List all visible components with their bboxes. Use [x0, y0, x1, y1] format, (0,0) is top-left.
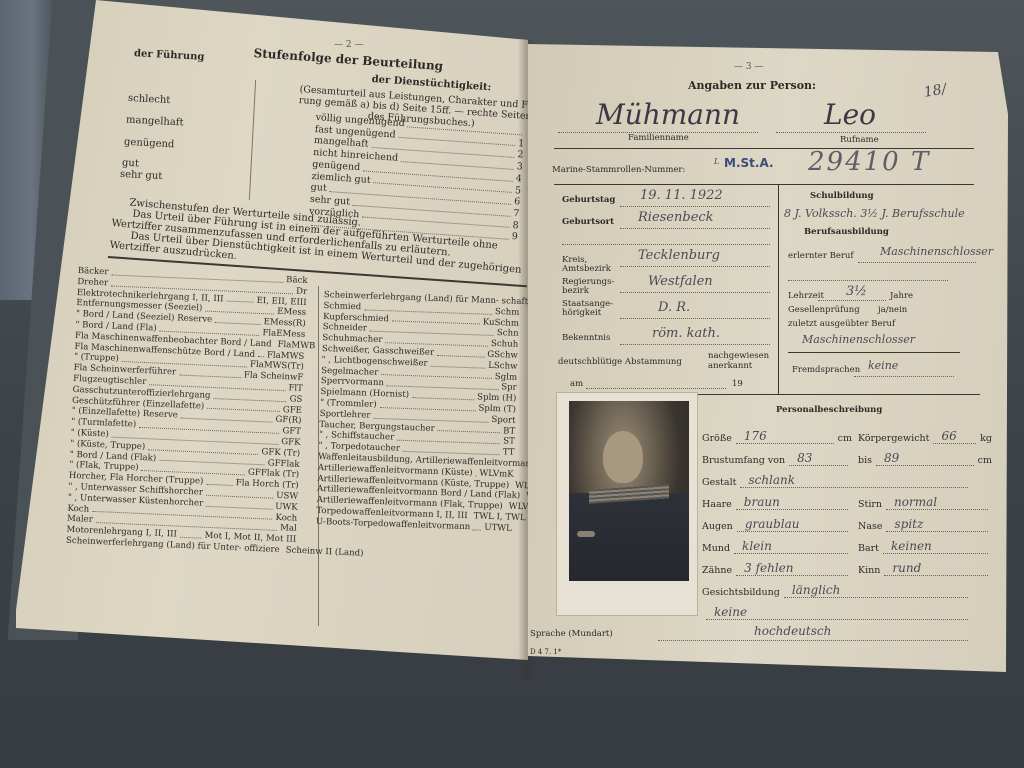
- dot-leader: [258, 350, 264, 358]
- dot-leader: [476, 468, 477, 476]
- dot-leader: [473, 522, 481, 530]
- field-value: 83: [789, 451, 848, 466]
- journeyman-label: Gesellenprüfung: [788, 306, 860, 315]
- last-trade-value: Maschinenschlosser: [802, 334, 915, 345]
- corner-note: 18/: [923, 84, 947, 99]
- ancestry-option: nachgewiesen: [708, 352, 769, 361]
- abbreviation-list-right: Scheinwerferlehrgang (Land) für Mann- sc…: [316, 290, 520, 534]
- last-trade-label: zuletzt ausgeübter Beruf: [788, 320, 895, 329]
- given-name-label: Rufname: [840, 136, 879, 145]
- dot-leader: [392, 314, 480, 325]
- ancestry-label: deutschblütige Abstammung: [558, 358, 682, 367]
- dotted-line: [854, 376, 954, 377]
- birth-date-label: Geburtstag: [562, 196, 615, 205]
- field-label: Augen: [702, 521, 733, 532]
- region-value: Westfalen: [648, 276, 713, 287]
- field-value: 176: [736, 429, 834, 444]
- field-value: keinen: [883, 539, 988, 554]
- description-row: HaarebraunStirnnormal: [702, 488, 992, 510]
- section-rule: [554, 184, 974, 185]
- form-number: D 4 7. 1*: [530, 648, 561, 657]
- roll-number-stamp: M.St.A.: [724, 158, 774, 169]
- dot-leader: [215, 315, 261, 325]
- dot-leader: [205, 304, 274, 315]
- religion-value: röm. kath.: [652, 328, 720, 339]
- section-rule: [788, 352, 960, 353]
- field-unit: kg: [980, 433, 992, 444]
- dotted-line: [818, 300, 886, 301]
- dot-leader: [437, 348, 485, 357]
- abbreviation-list-left: BäckerBäckDreherDrElektrotechnikerlehrga…: [66, 266, 308, 556]
- dotted-line: [620, 266, 770, 267]
- dot-leader: [226, 294, 253, 303]
- row-value: BT: [503, 426, 515, 437]
- description-row: Gesichtsbildunglänglich: [702, 576, 992, 598]
- conduct-grade: sehr gut: [120, 169, 163, 182]
- dot-leader: [206, 488, 274, 499]
- family-name-value: Mühmann: [596, 100, 740, 130]
- row-value: UTWL: [484, 522, 512, 534]
- eagle-insignia-icon: [577, 531, 595, 537]
- row-value: GS: [289, 394, 302, 405]
- dot-leader: [206, 477, 233, 486]
- citizenship-value: D. R.: [658, 302, 690, 313]
- conduct-grade: schlecht: [128, 93, 171, 106]
- row-value: Schn: [497, 328, 519, 340]
- row-value: Sport: [491, 415, 515, 427]
- field-value: länglich: [784, 583, 968, 598]
- section-rule: [696, 394, 980, 395]
- conduct-grade: gut: [122, 158, 139, 170]
- row-value: GFT: [282, 426, 301, 438]
- left-page: — 2 — der Führung Stufenfolge der Beurte…: [16, 0, 528, 660]
- birth-date-value: 19. 11. 1922: [640, 190, 723, 201]
- photo-face: [603, 431, 643, 483]
- description-fields: Größe176cmKörpergewicht66kgBrustumfang v…: [702, 422, 992, 620]
- row-value: GFK: [281, 437, 301, 449]
- conduct-grade: mangelhaft: [126, 115, 184, 129]
- apprenticeship-value: 3½: [846, 286, 867, 297]
- field-label: Größe: [702, 433, 732, 444]
- row-value: Dr: [296, 286, 307, 297]
- id-photo: [569, 401, 689, 581]
- roll-number-prefix: L: [714, 156, 719, 167]
- conduct-heading: der Führung: [134, 48, 205, 63]
- field-value: schlank: [740, 473, 968, 488]
- field-label: Körpergewicht: [858, 433, 929, 444]
- dot-leader: [179, 368, 241, 378]
- row-value: ST: [503, 437, 515, 448]
- roll-number-label: Marine-Stammrollen-Nummer:: [552, 166, 685, 175]
- grading-heading: Stufenfolge der Beurteilung: [253, 48, 443, 72]
- field-value: rund: [884, 561, 988, 576]
- dotted-line: [620, 292, 770, 293]
- description-heading: Personalbeschreibung: [776, 406, 882, 415]
- field-label: Haare: [702, 499, 732, 510]
- page-number: — 2 —: [334, 40, 363, 51]
- dotted-line: [658, 640, 968, 641]
- region-label: Regierungs- bezirk: [562, 278, 622, 296]
- religion-label: Bekenntnis: [562, 334, 610, 343]
- field-value: keine: [706, 605, 968, 620]
- dotted-line: [586, 388, 726, 389]
- field-value: 66: [933, 429, 976, 444]
- description-row: MundkleinBartkeinen: [702, 532, 992, 554]
- dot-leader: [180, 530, 202, 539]
- dot-leader: [412, 390, 474, 400]
- vocational-heading: Berufsausbildung: [804, 228, 889, 237]
- row-value: Schm: [495, 307, 520, 319]
- ancestry-date-label: am: [570, 380, 583, 389]
- dot-leader: [430, 359, 485, 369]
- schooling-value: 8 J. Volkssch. 3½ J. Berufsschule: [784, 208, 965, 219]
- schooling-heading: Schulbildung: [810, 192, 874, 201]
- description-row: Brustumfang von83bis89cm: [702, 444, 992, 466]
- field-value: 3 fehlen: [736, 561, 848, 576]
- given-name-value: Leo: [824, 100, 876, 130]
- dot-leader: [438, 424, 501, 434]
- languages-label: Fremdsprachen: [792, 366, 860, 375]
- field-label: Brustumfang von: [702, 455, 785, 466]
- personal-details-heading: Angaben zur Person:: [688, 80, 816, 91]
- citizenship-label: Staatsange- hörigkeit: [562, 300, 622, 318]
- photo-uniform: [569, 493, 689, 581]
- dot-leader: [206, 499, 272, 510]
- field-unit: cm: [978, 455, 992, 466]
- roll-number-value: 29410 T: [808, 148, 930, 176]
- birth-place-label: Geburtsort: [562, 218, 614, 227]
- field-label: Nase: [858, 521, 882, 532]
- field-value: klein: [734, 539, 848, 554]
- learned-trade-label: erlernter Beruf: [788, 252, 854, 261]
- field-value: spitz: [886, 517, 988, 532]
- languages-value: keine: [868, 360, 898, 371]
- description-row: Gestaltschlank: [702, 466, 992, 488]
- field-value: 89: [876, 451, 974, 466]
- family-name-label: Familienname: [628, 134, 689, 143]
- id-photo-card: [556, 392, 698, 616]
- birth-place-value: Riesenbeck: [638, 212, 714, 223]
- description-row: Größe176cmKörpergewicht66kg: [702, 422, 992, 444]
- field-value: graublau: [737, 517, 848, 532]
- ancestry-option: anerkannt: [708, 362, 752, 371]
- district-value: Tecklenburg: [638, 250, 720, 261]
- row-value: Koch: [275, 512, 297, 524]
- field-label: Kinn: [858, 565, 880, 576]
- row-value: LSchw: [488, 361, 518, 373]
- row-value: Scheinw II (Land): [285, 545, 363, 559]
- apprenticeship-unit: Jahre: [890, 292, 913, 301]
- column-divider: [249, 80, 256, 200]
- row-value: Sglm: [495, 372, 518, 384]
- dotted-line: [776, 132, 926, 133]
- dotted-line: [620, 344, 770, 345]
- description-row: Zähne3 fehlenKinnrund: [702, 554, 992, 576]
- journeyman-value: ja/nein: [878, 306, 907, 315]
- field-value: normal: [886, 495, 988, 510]
- field-label: Gesichtsbildung: [702, 587, 780, 598]
- row-value: Mal: [280, 523, 297, 535]
- field-value: braun: [736, 495, 848, 510]
- field-label: Bart: [858, 543, 879, 554]
- row-value: Spr: [501, 383, 517, 394]
- conduct-grade: genügend: [124, 137, 175, 151]
- column-divider: [778, 184, 779, 394]
- field-label: Mund: [702, 543, 730, 554]
- district-label: Kreis, Amtsbezirk: [562, 256, 622, 274]
- row-value: TT: [503, 447, 515, 458]
- ancestry-year-label: 19: [732, 380, 743, 389]
- field-label: Gestalt: [702, 477, 736, 488]
- description-row: keine: [702, 598, 992, 620]
- dotted-line: [788, 280, 948, 281]
- dotted-line: [620, 206, 770, 207]
- description-row: AugengraublauNasespitz: [702, 510, 992, 532]
- dotted-line: [620, 318, 770, 319]
- dialect-value: hochdeutsch: [754, 626, 831, 637]
- field-unit: cm: [838, 433, 852, 444]
- dotted-line: [858, 262, 976, 263]
- field-label: bis: [858, 455, 872, 466]
- dotted-line: [562, 244, 770, 245]
- dialect-label: Sprache (Mundart): [530, 630, 613, 639]
- learned-trade-value: Maschinenschlosser: [880, 246, 993, 257]
- dotted-line: [620, 228, 770, 229]
- row-value: FlT: [288, 383, 303, 394]
- field-label: Zähne: [702, 565, 732, 576]
- field-label: Stirn: [858, 499, 882, 510]
- page-number: — 3 —: [734, 62, 763, 73]
